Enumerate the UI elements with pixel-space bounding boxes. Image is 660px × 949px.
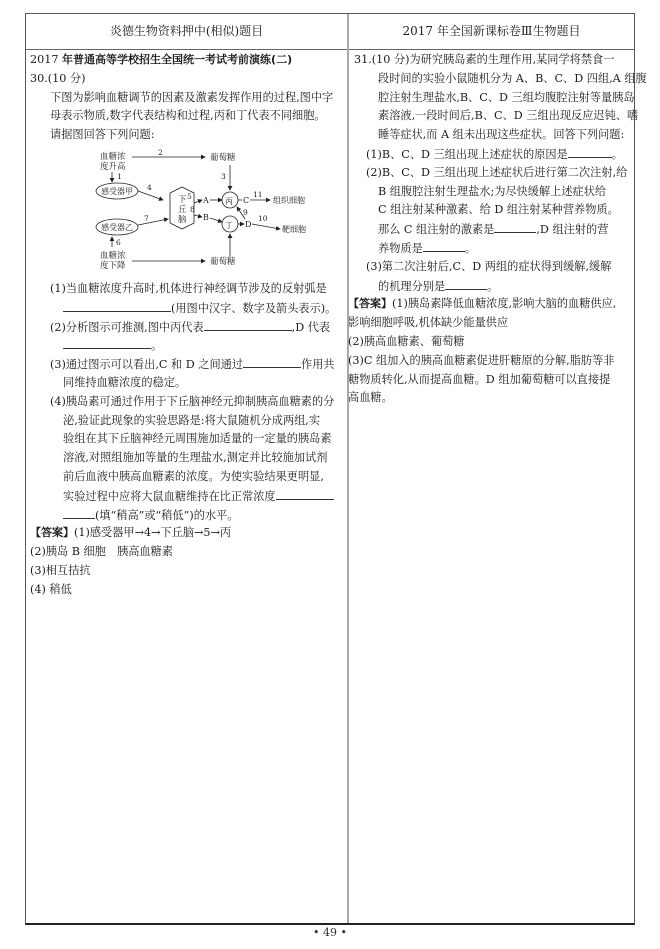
stem-line: 请据图回答下列问题: (30, 126, 346, 145)
q2-text: 。 (151, 339, 162, 352)
stem-line: 睡等症状,而 A 组未出现这些症状。回答下列问题: (354, 126, 632, 145)
answer-line: 【答案】(1)感受器甲→4→下丘脑→5→丙 (30, 524, 346, 543)
q4-line: (填“稍高”或“稍低”)的水平。 (30, 506, 346, 525)
answer-line: 糖物质转化,从而提高血糖。D 组加葡萄糖可以直接提 (348, 371, 632, 390)
label-bg-low-1: 血糖浓 (100, 250, 126, 261)
num-1: 1 (117, 172, 122, 181)
label-D: D (245, 220, 251, 229)
label-B: B (203, 213, 209, 222)
q2-text: ,D 代表 (292, 321, 330, 334)
label-cell-ding: 丁 (225, 221, 233, 230)
label-hypo-1: 下 (178, 195, 187, 205)
q2-line: 。 (30, 336, 346, 355)
q3-text: 。 (487, 280, 498, 293)
column-divider (347, 14, 349, 923)
answer-blank[interactable] (445, 277, 487, 290)
answer-blank[interactable] (63, 336, 151, 349)
num-2: 2 (158, 148, 163, 157)
answer-blank[interactable] (243, 355, 301, 368)
table-header-row: 炎德生物资料押中(相似)题目 2017 年全国新课标卷Ⅲ生物题目 (26, 14, 634, 50)
label-receptor-a: 感受器甲 (101, 186, 133, 196)
right-column: 31.(10 分)为研究胰岛素的生理作用,某同学将禁食一 段时间的实验小鼠随机分… (354, 51, 632, 408)
label-C: C (243, 196, 249, 205)
num-4: 4 (147, 183, 152, 192)
answer-line: (4) 稍低 (30, 581, 346, 600)
q4-text: 实验过程中应将大鼠血糖维持在比正常浓度 (63, 490, 276, 503)
q4-line: 泌,验证此现象的实验思路是:将大鼠随机分成两组,实 (30, 412, 346, 431)
answer-line: 【答案】(1)胰岛素降低血糖浓度,影响大脑的血糖供应, (348, 295, 632, 314)
num-8: 8 (190, 205, 195, 214)
label-receptor-b: 感受器乙 (101, 222, 133, 232)
num-3: 3 (221, 172, 226, 181)
answer-blank[interactable] (63, 299, 171, 312)
label-bg-high-2: 度升高 (100, 161, 126, 172)
num-7: 7 (144, 214, 149, 223)
answer-line: (3)C 组加入的胰高血糖素促进肝糖原的分解,脂肪等非 (348, 352, 632, 371)
q2-line: (2)B、C、D 三组出现上述症状后进行第二次注射,给 (354, 164, 632, 183)
answer-line: (3)相互拮抗 (30, 562, 346, 581)
label-A: A (202, 196, 209, 205)
q2-text: ,D 组注射的营 (536, 223, 608, 236)
answer-blank[interactable] (494, 220, 536, 233)
answer-blank[interactable] (63, 506, 95, 519)
q4-line: 验组在其下丘脑神经元周围施加适量的一定量的胰岛素 (30, 430, 346, 449)
q4-line: 实验过程中应将大鼠血糖维持在比正常浓度 (30, 487, 346, 506)
q1-text: (1)B、C、D 三组出现上述症状的原因是 (366, 148, 568, 161)
label-target-cell: 靶细胞 (282, 224, 306, 234)
q1-line: (1)B、C、D 三组出现上述症状的原因是。 (354, 145, 632, 164)
answer-text: (1)胰岛素降低血糖浓度,影响大脑的血糖供应, (392, 297, 616, 310)
label-glucose-bottom: 葡萄糖 (210, 256, 236, 267)
num-6: 6 (116, 238, 121, 247)
header-right-title: 2017 年全国新课标卷Ⅲ生物题目 (349, 14, 634, 49)
stem-line: 31.(10 分)为研究胰岛素的生理作用,某同学将禁食一 (354, 51, 632, 70)
q2-line: 那么 C 组注射的激素是,D 组注射的营 (354, 220, 632, 239)
exam-title: 年普通高等学校招生全国统一考试考前演练(二) (62, 53, 292, 66)
q3-line: 的机理分别是。 (354, 277, 632, 296)
stem-line: 母表示物质,数字代表结构和过程,丙和丁代表不同细胞。 (30, 107, 346, 126)
q2-text: 那么 C 组注射的激素是 (378, 223, 494, 236)
answer-blank[interactable] (204, 318, 292, 331)
q3-line: (3)通过图示可以看出,C 和 D 之间通过作用共 (30, 355, 346, 374)
stem-line: 素溶液,一段时间后,B、C、D 三组出现反应迟钝、嗜 (354, 107, 632, 126)
q2-line: 养物质是。 (354, 239, 632, 258)
q4-line: 前后血液中胰高血糖素的浓度。为使实验结果更明显, (30, 468, 346, 487)
answer-blank[interactable] (423, 239, 465, 252)
q1-line: (1)当血糖浓度升高时,机体进行神经调节涉及的反射弧是 (30, 280, 346, 299)
q3-text: 的机理分别是 (378, 280, 445, 293)
answer-blank[interactable] (276, 487, 334, 500)
q4-line: 溶液,对照组施加等量的生理盐水,测定并比较施加试剂 (30, 449, 346, 468)
answer-line: (2)胰高血糖素、葡萄糖 (348, 333, 632, 352)
label-hypo-2: 丘 (178, 205, 187, 215)
left-column: 2017 年普通高等学校招生全国统一考试考前演练(二) 30.(10 分) 下图… (30, 51, 346, 600)
stem-line: 段时间的实验小鼠随机分为 A、B、C、D 四组,A 组腹 (354, 70, 632, 89)
label-hypo-3: 脑 (178, 215, 187, 225)
q3-text: 作用共 (301, 358, 335, 371)
label-bg-low-2: 度下降 (100, 260, 126, 271)
answer-line: (2)胰岛 B 细胞 胰高血糖素 (30, 543, 346, 562)
q1-line: (用图中汉字、数字及箭头表示)。 (30, 299, 346, 318)
exam-title-line: 2017 年普通高等学校招生全国统一考试考前演练(二) (30, 51, 346, 70)
answer-line: 高血糖。 (348, 389, 632, 408)
label-glucose-top: 葡萄糖 (210, 152, 236, 163)
page-number: • 49 • (0, 926, 660, 939)
answer-label: 【答案】 (348, 297, 392, 310)
num-10: 10 (258, 214, 268, 223)
q2-line: C 组注射某种激素、给 D 组注射某种营养物质。 (354, 201, 632, 220)
label-cell-bing: 丙 (225, 197, 233, 206)
q3-text: (3)通过图示可以看出,C 和 D 之间通过 (50, 358, 243, 371)
exam-year: 2017 (30, 53, 58, 66)
header-left-title: 炎德生物资料押中(相似)题目 (26, 14, 347, 49)
q4-text: (填“稍高”或“稍低”)的水平。 (95, 509, 238, 522)
num-9: 9 (243, 208, 248, 217)
num-5: 5 (187, 192, 192, 201)
q2-line: (2)分析图示可推测,图中丙代表,D 代表 (30, 318, 346, 337)
q2-line: B 组腹腔注射生理盐水;为尽快缓解上述症状给 (354, 183, 632, 202)
answer-text: (1)感受器甲→4→下丘脑→5→丙 (74, 526, 231, 539)
stem-line: 腔注射生理盐水,B、C、D 三组均腹腔注射等量胰岛 (354, 89, 632, 108)
blood-glucose-regulation-diagram: 血糖浓 度升高 2 葡萄糖 1 感受器甲 4 下 丘 脑 感受器乙 7 6 血糖… (80, 145, 320, 275)
q1-text: 。 (612, 148, 623, 161)
answer-label: 【答案】 (30, 526, 74, 539)
num-11: 11 (253, 190, 263, 199)
q2-text: 。 (465, 242, 476, 255)
answer-line: 影响细胞呼吸,机体缺少能量供应 (348, 314, 632, 333)
q4-line: (4)胰岛素可通过作用于下丘脑神经元抑制胰高血糖素的分 (30, 393, 346, 412)
label-tissue-cell: 组织细胞 (273, 196, 305, 205)
q2-text: 养物质是 (378, 242, 423, 255)
q3-line: 同维持血糖浓度的稳定。 (30, 374, 346, 393)
q3-line: (3)第二次注射后,C、D 两组的症状得到缓解,缓解 (354, 258, 632, 277)
question-number: 30.(10 分) (30, 70, 346, 89)
q2-text: (2)分析图示可推测,图中丙代表 (50, 321, 204, 334)
answer-blank[interactable] (568, 145, 612, 158)
q1-text: (用图中汉字、数字及箭头表示)。 (171, 302, 336, 315)
label-bg-high-1: 血糖浓 (100, 151, 126, 162)
stem-line: 下图为影响血糖调节的因素及激素发挥作用的过程,图中字 (30, 89, 346, 108)
